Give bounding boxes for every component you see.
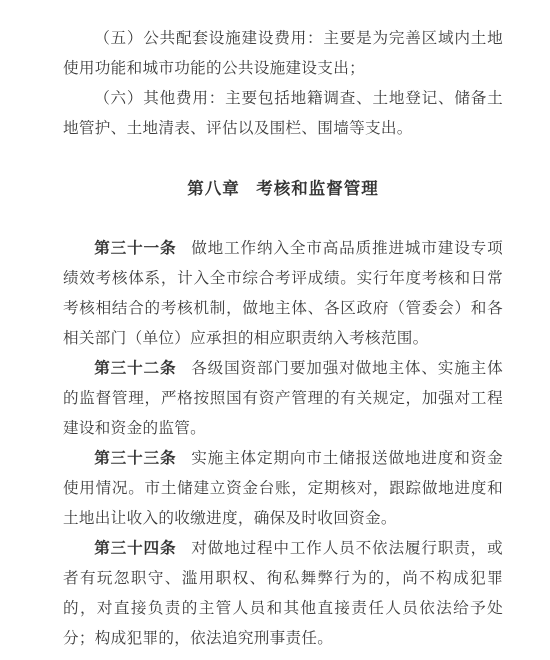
article-paragraph-34: 第三十四条对做地过程中工作人员不依法履行职责，或者有玩忽职守、滥用职权、徇私舞弊… bbox=[63, 534, 503, 654]
document-page: （五）公共配套设施建设费用：主要是为完善区域内土地使用功能和城市功能的公共设施建… bbox=[0, 0, 550, 660]
clause-paragraph-6: （六）其他费用：主要包括地籍调查、土地登记、储备土地管护、土地清表、评估以及围栏… bbox=[63, 84, 503, 144]
clause-paragraph-5: （五）公共配套设施建设费用：主要是为完善区域内土地使用功能和城市功能的公共设施建… bbox=[63, 24, 503, 84]
article-number-31: 第三十一条 bbox=[94, 240, 176, 257]
clause-text-6: （六）其他费用：主要包括地籍调查、土地登记、储备土地管护、土地清表、评估以及围栏… bbox=[63, 90, 503, 137]
article-number-32: 第三十二条 bbox=[94, 360, 176, 377]
article-paragraph-33: 第三十三条实施主体定期向市土储报送做地进度和资金使用情况。市土储建立资金台账，定… bbox=[63, 444, 503, 534]
chapter-title: 考核和监督管理 bbox=[256, 179, 379, 198]
article-number-33: 第三十三条 bbox=[94, 450, 176, 467]
article-paragraph-31: 第三十一条做地工作纳入全市高品质推进城市建设专项绩效考核体系，计入全市综合考评成… bbox=[63, 234, 503, 354]
chapter-number: 第八章 bbox=[187, 179, 240, 198]
article-number-34: 第三十四条 bbox=[94, 540, 176, 557]
article-paragraph-32: 第三十二条各级国资部门要加强对做地主体、实施主体的监督管理，严格按照国有资产管理… bbox=[63, 354, 503, 444]
chapter-heading: 第八章考核和监督管理 bbox=[63, 174, 503, 204]
clause-text-5: （五）公共配套设施建设费用：主要是为完善区域内土地使用功能和城市功能的公共设施建… bbox=[63, 30, 503, 77]
